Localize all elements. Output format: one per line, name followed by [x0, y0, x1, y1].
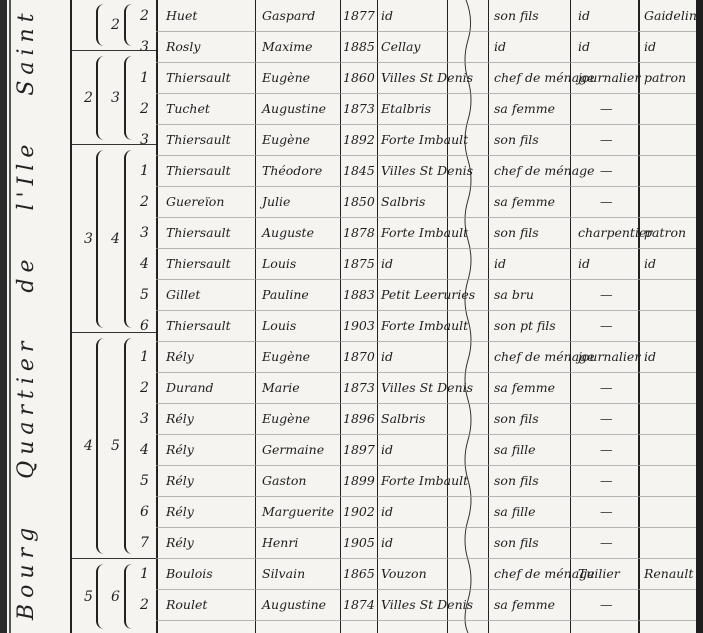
row-rule — [156, 279, 696, 280]
house-brace — [96, 56, 104, 140]
birthplace: Salbris — [381, 194, 425, 210]
individual-number: 3 — [140, 225, 149, 241]
surname: Thiersault — [166, 163, 231, 179]
relation: son pt fils — [494, 318, 556, 334]
birthplace: id — [381, 8, 393, 24]
individual-number: 1 — [140, 70, 149, 86]
individual-number: 4 — [140, 256, 149, 272]
birth-year: 1903 — [343, 318, 375, 334]
individual-number: 7 — [140, 535, 149, 551]
household-separator — [72, 332, 156, 333]
page-right-edge — [696, 0, 703, 633]
row-rule — [156, 310, 696, 311]
household-number: 2 — [111, 17, 120, 33]
birth-year: 1860 — [343, 70, 375, 86]
birth-year: 1899 — [343, 473, 375, 489]
profession: — — [600, 132, 613, 148]
relation: sa femme — [494, 380, 555, 396]
house-brace — [96, 564, 104, 629]
profession: id — [578, 39, 590, 55]
row-rule — [156, 403, 696, 404]
birthplace: id — [381, 504, 393, 520]
household-brace — [124, 150, 132, 328]
row-rule — [156, 589, 696, 590]
individual-number: 1 — [140, 566, 149, 582]
profession: Tuilier — [578, 566, 620, 582]
column-rule-relation — [488, 0, 489, 633]
nationality-wavy-line — [462, 0, 476, 633]
birth-year: 1878 — [343, 225, 375, 241]
page-left-edge — [0, 0, 7, 633]
first-name: Augustine — [262, 101, 326, 117]
row-rule — [156, 372, 696, 373]
surname: Rély — [166, 473, 194, 489]
relation: son fils — [494, 225, 539, 241]
relation: id — [494, 39, 506, 55]
surname: Boulois — [166, 566, 213, 582]
birthplace: Villes St Denis — [381, 597, 473, 613]
individual-number: 2 — [140, 597, 149, 613]
birth-year: 1873 — [343, 101, 375, 117]
first-name: Silvain — [262, 566, 305, 582]
birth-year: 1850 — [343, 194, 375, 210]
profession: — — [600, 101, 613, 117]
profession: — — [600, 535, 613, 551]
surname: Guereïon — [166, 194, 224, 210]
profession: — — [600, 380, 613, 396]
row-rule — [156, 217, 696, 218]
profession: journalier — [578, 70, 640, 86]
birth-year: 1845 — [343, 163, 375, 179]
birth-year: 1896 — [343, 411, 375, 427]
row-rule — [156, 186, 696, 187]
household-number: 3 — [111, 90, 120, 106]
birthplace: id — [381, 442, 393, 458]
surname: Thiersault — [166, 70, 231, 86]
row-rule — [156, 341, 696, 342]
column-rule-profession — [570, 0, 571, 633]
first-name: Marie — [262, 380, 300, 396]
surname: Thiersault — [166, 132, 231, 148]
relation: sa femme — [494, 194, 555, 210]
employer: Gaidelin — [644, 8, 697, 24]
birth-year: 1873 — [343, 380, 375, 396]
individual-number: 3 — [140, 132, 149, 148]
individual-number: 1 — [140, 163, 149, 179]
individual-number: 1 — [140, 349, 149, 365]
birthplace: Villes St Denis — [381, 163, 473, 179]
household-brace — [124, 338, 132, 554]
surname: Huet — [166, 8, 197, 24]
individual-number: 2 — [140, 380, 149, 396]
surname: Roulet — [166, 597, 207, 613]
household-separator — [72, 558, 156, 559]
household-separator — [72, 50, 156, 51]
relation: chef de ménage — [494, 163, 595, 179]
relation: son fils — [494, 535, 539, 551]
relation: sa femme — [494, 101, 555, 117]
first-name: Louis — [262, 318, 296, 334]
birth-year: 1877 — [343, 8, 375, 24]
relation: son fils — [494, 473, 539, 489]
birth-year: 1902 — [343, 504, 375, 520]
house-brace — [96, 4, 104, 46]
relation: son fils — [494, 411, 539, 427]
birthplace: Forte Imbault — [381, 473, 468, 489]
surname: Durand — [166, 380, 214, 396]
first-name: Julie — [262, 194, 290, 210]
birth-year: 1865 — [343, 566, 375, 582]
birthplace: Petit Leeruries — [381, 287, 475, 303]
birthplace: id — [381, 535, 393, 551]
relation: son fils — [494, 132, 539, 148]
surname: Gillet — [166, 287, 200, 303]
birthplace: Forte Imbault — [381, 132, 468, 148]
first-name: Pauline — [262, 287, 309, 303]
row-rule — [156, 558, 696, 559]
row-rule — [156, 93, 696, 94]
row-rule — [156, 124, 696, 125]
relation: sa fille — [494, 442, 536, 458]
household-brace — [124, 56, 132, 140]
birth-year: 1870 — [343, 349, 375, 365]
house-number: 5 — [84, 589, 93, 605]
house-brace — [96, 338, 104, 554]
employer: id — [644, 256, 656, 272]
column-rule-firstname — [255, 0, 256, 633]
employer: patron — [644, 225, 686, 241]
profession: — — [600, 194, 613, 210]
birthplace: Forte Imbault — [381, 318, 468, 334]
surname: Thiersault — [166, 256, 231, 272]
profession: — — [600, 287, 613, 303]
row-rule — [156, 620, 696, 621]
row-rule — [156, 434, 696, 435]
column-rule-year — [340, 0, 341, 633]
first-name: Henri — [262, 535, 298, 551]
side-title: Bourg Quartier de l'Ile Saint Taurin — [14, 0, 39, 620]
first-name: Eugène — [262, 70, 310, 86]
surname: Tuchet — [166, 101, 210, 117]
house-number: 3 — [84, 231, 93, 247]
first-name: Augustine — [262, 597, 326, 613]
column-rule-nationality — [447, 0, 448, 633]
first-name: Auguste — [262, 225, 314, 241]
house-number: 4 — [84, 438, 93, 454]
row-rule — [156, 62, 696, 63]
surname: Thiersault — [166, 225, 231, 241]
individual-number: 5 — [140, 287, 149, 303]
column-rule-birthplace — [377, 0, 378, 633]
household-number: 4 — [111, 231, 120, 247]
first-name: Germaine — [262, 442, 324, 458]
birthplace: id — [381, 256, 393, 272]
first-name: Eugène — [262, 132, 310, 148]
relation: son fils — [494, 8, 539, 24]
individual-number: 3 — [140, 411, 149, 427]
birthplace: Forte Imbault — [381, 225, 468, 241]
profession: — — [600, 318, 613, 334]
house-brace — [96, 150, 104, 328]
relation: sa femme — [494, 597, 555, 613]
profession: id — [578, 256, 590, 272]
column-rule-surname — [156, 0, 158, 633]
first-name: Eugène — [262, 349, 310, 365]
individual-number: 2 — [140, 8, 149, 24]
employer: patron — [644, 70, 686, 86]
surname: Rély — [166, 411, 194, 427]
row-rule — [156, 527, 696, 528]
first-name: Marguerite — [262, 504, 334, 520]
row-rule — [156, 465, 696, 466]
surname: Rély — [166, 349, 194, 365]
individual-number: 3 — [140, 39, 149, 55]
birth-year: 1905 — [343, 535, 375, 551]
surname: Rély — [166, 504, 194, 520]
birth-year: 1875 — [343, 256, 375, 272]
birth-year: 1883 — [343, 287, 375, 303]
first-name: Théodore — [262, 163, 322, 179]
profession: charpentier — [578, 225, 652, 241]
first-name: Eugène — [262, 411, 310, 427]
row-rule — [156, 31, 696, 32]
birthplace: id — [381, 349, 393, 365]
household-brace — [124, 4, 132, 46]
profession: — — [600, 411, 613, 427]
surname: Rély — [166, 442, 194, 458]
row-rule — [156, 248, 696, 249]
household-brace — [124, 564, 132, 629]
profession: — — [600, 163, 613, 179]
household-number: 5 — [111, 438, 120, 454]
individual-number: 6 — [140, 504, 149, 520]
employer: id — [644, 39, 656, 55]
profession: journalier — [578, 349, 640, 365]
birthplace: Villes St Denis — [381, 70, 473, 86]
row-rule — [156, 155, 696, 156]
birthplace: Salbris — [381, 411, 425, 427]
surname: Rély — [166, 535, 194, 551]
profession: — — [600, 597, 613, 613]
profession: id — [578, 8, 590, 24]
surname: Rosly — [166, 39, 200, 55]
birthplace: Vouzon — [381, 566, 427, 582]
individual-number: 5 — [140, 473, 149, 489]
birth-year: 1874 — [343, 597, 375, 613]
first-name: Maxime — [262, 39, 313, 55]
profession: — — [600, 504, 613, 520]
household-separator — [72, 144, 156, 145]
birth-year: 1885 — [343, 39, 375, 55]
birth-year: 1897 — [343, 442, 375, 458]
profession: — — [600, 442, 613, 458]
birth-year: 1892 — [343, 132, 375, 148]
birthplace: Cellay — [381, 39, 420, 55]
column-rule-employer — [638, 0, 640, 633]
census-page: Bourg Quartier de l'Ile Saint Taurin 2Hu… — [0, 0, 703, 633]
surname: Thiersault — [166, 318, 231, 334]
employer: id — [644, 349, 656, 365]
house-number: 2 — [84, 90, 93, 106]
page-left-rule — [9, 0, 11, 633]
relation: id — [494, 256, 506, 272]
employer: Renault — [644, 566, 693, 582]
individual-number: 2 — [140, 194, 149, 210]
relation: sa fille — [494, 504, 536, 520]
row-rule — [156, 496, 696, 497]
birthplace: Villes St Denis — [381, 380, 473, 396]
household-number: 6 — [111, 589, 120, 605]
first-name: Louis — [262, 256, 296, 272]
first-name: Gaston — [262, 473, 306, 489]
birthplace: Etalbris — [381, 101, 431, 117]
first-name: Gaspard — [262, 8, 315, 24]
profession: — — [600, 473, 613, 489]
individual-number: 2 — [140, 101, 149, 117]
relation: sa bru — [494, 287, 534, 303]
individual-number: 4 — [140, 442, 149, 458]
column-rule-house — [70, 0, 72, 633]
